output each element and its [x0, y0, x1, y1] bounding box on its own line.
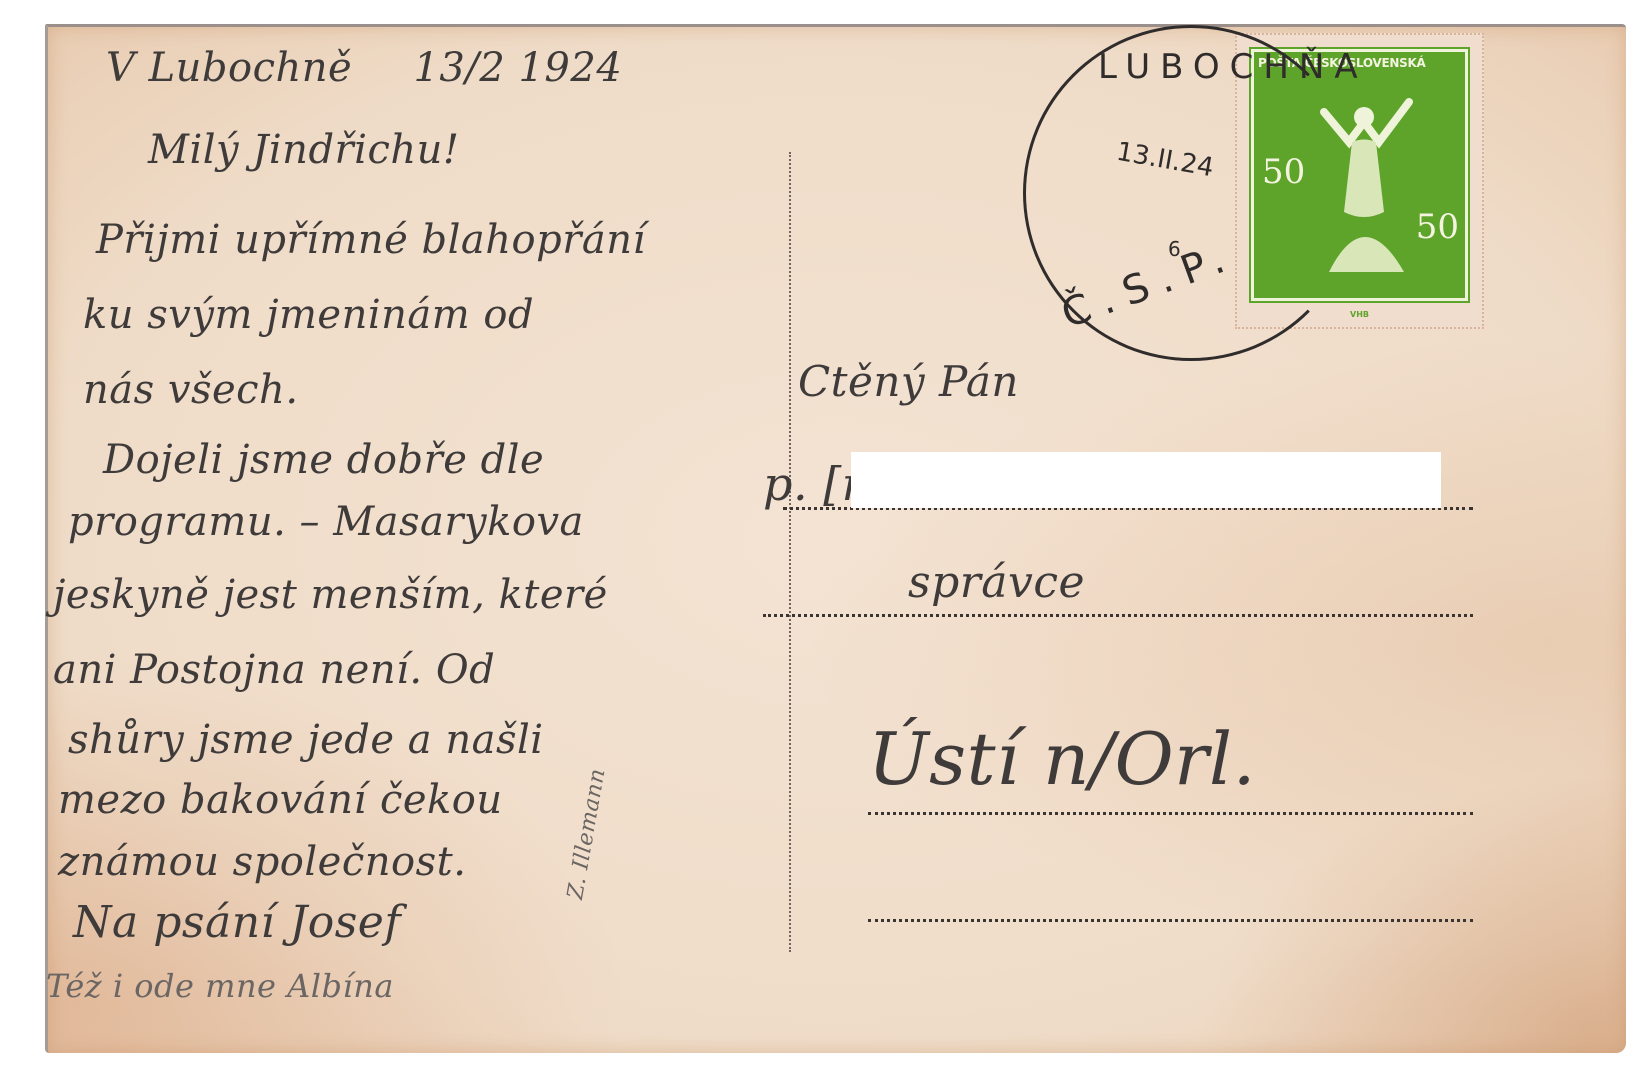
stamp-value-right: 50	[1416, 207, 1459, 247]
redaction-bar	[851, 452, 1441, 508]
message-line: Dojeli jsme dobře dle	[103, 437, 544, 483]
date-text: 13/2 1924	[413, 45, 622, 91]
message-line: shůry jsme jede a našli	[68, 717, 544, 763]
address-line-2	[763, 614, 1473, 617]
postcard-back: V Lubochně 13/2 1924 Milý Jindřichu! Při…	[45, 24, 1626, 1053]
place-line: V Lubochně 13/2 1924	[106, 45, 622, 91]
message-line: známou společnost.	[58, 839, 466, 885]
postmark-top: LUBOCHŇA	[1098, 47, 1368, 87]
message-line: nás všech.	[83, 367, 299, 413]
signature: Na psání Josef	[73, 897, 401, 948]
center-divider	[789, 152, 791, 952]
message-line: jeskyně jest menším, které	[53, 572, 608, 618]
place-text: V Lubochně	[106, 45, 352, 91]
address-salutation: Ctěný Pán	[798, 357, 1019, 406]
address-line-3	[868, 812, 1473, 815]
message-line: programu. – Masarykova	[68, 499, 584, 545]
address-line-4	[868, 919, 1473, 922]
message-line: ku svým jmeninám od	[83, 292, 534, 338]
address-title: správce	[908, 557, 1085, 608]
message-line: Přijmi upřímné blahopřání	[96, 217, 646, 263]
postscript: Též i ode mne Albína	[46, 967, 394, 1005]
postmark-code: 6	[1168, 237, 1181, 261]
message-line: ani Postojna není. Od	[53, 647, 495, 693]
margin-note: Z. Illemann	[563, 767, 611, 902]
message-line: mezo bakování čekou	[58, 777, 503, 823]
address-city: Ústí n/Orl.	[868, 717, 1256, 801]
salutation: Milý Jindřichu!	[148, 127, 459, 173]
